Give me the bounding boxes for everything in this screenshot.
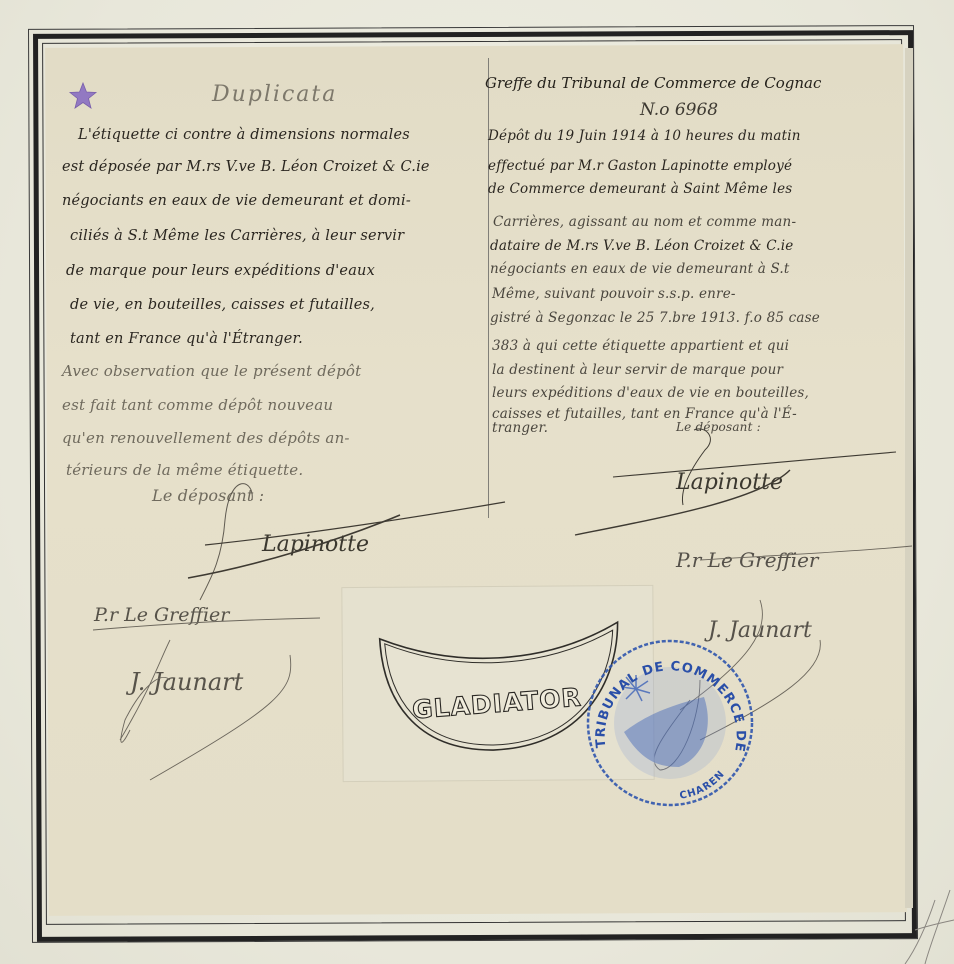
right-line-5: dataire de M.rs V.ve B. Léon Croizet & C…: [490, 240, 793, 254]
left-clerk-label: P.r Le Greffier: [94, 604, 229, 626]
right-line-2: effectué par M.r Gaston Lapinotte employ…: [488, 160, 792, 174]
left-line-3: négociants en eaux de vie demeurant et d…: [62, 194, 411, 209]
right-line-11: leurs expéditions d'eaux de vie en boute…: [492, 387, 809, 401]
right-line-7: Même, suivant pouvoir s.s.p. enre-: [492, 288, 736, 302]
left-line-2: est déposée par M.rs V.ve B. Léon Croize…: [62, 160, 430, 175]
registry-number: N.o 6968: [640, 100, 718, 120]
right-line-1: Dépôt du 19 Juin 1914 à 10 heures du mat…: [488, 130, 801, 144]
left-depositor-signature: Lapinotte: [262, 532, 369, 557]
right-line-8: gistré à Segonzac le 25 7.bre 1913. f.o …: [490, 312, 820, 326]
left-line-6: de vie, en bouteilles, caisses et futail…: [70, 298, 375, 313]
left-line-7: tant en France qu'à l'Étranger.: [70, 332, 303, 347]
registry-header: Greffe du Tribunal de Commerce de Cognac: [485, 74, 821, 92]
duplicata-title: Duplicata: [212, 82, 337, 107]
observation-line-2: est fait tant comme dépôt nouveau: [62, 398, 333, 413]
observation-line-4: térieurs de la même étiquette.: [66, 463, 303, 478]
right-line-4: Carrières, agissant au nom et comme man-: [493, 216, 796, 230]
right-line-9: 383 à qui cette étiquette appartient et …: [492, 340, 789, 354]
tribunal-stamp: TRIBUNAL DE COMMERCE DE COGNAC CHARENTE: [584, 637, 756, 809]
left-line-4: ciliés à S.t Même les Carrières, à leur …: [70, 229, 404, 244]
sheet-edge: [905, 48, 913, 908]
right-depositor-label: Le déposant :: [676, 421, 761, 433]
column-divider: [488, 58, 489, 518]
left-line-5: de marque pour leurs expéditions d'eaux: [66, 264, 375, 279]
right-line-6: négociants en eaux de vie demeurant à S.…: [490, 263, 790, 277]
right-line-13: tranger.: [492, 422, 548, 436]
left-line-1: L'étiquette ci contre à dimensions norma…: [78, 128, 410, 143]
right-line-10: la destinent à leur servir de marque pou…: [492, 364, 783, 378]
right-line-3: de Commerce demeurant à Saint Même les: [488, 183, 792, 197]
observation-line-3: qu'en renouvellement des dépôts an-: [62, 431, 350, 446]
observation-line-1: Avec observation que le présent dépôt: [62, 364, 361, 379]
left-depositor-label: Le déposant :: [152, 488, 264, 504]
right-depositor-signature: Lapinotte: [676, 470, 783, 495]
left-clerk-signature: J. Jaunart: [130, 668, 243, 696]
right-clerk-label: P.r Le Greffier: [676, 548, 819, 572]
star-icon: [68, 82, 98, 110]
